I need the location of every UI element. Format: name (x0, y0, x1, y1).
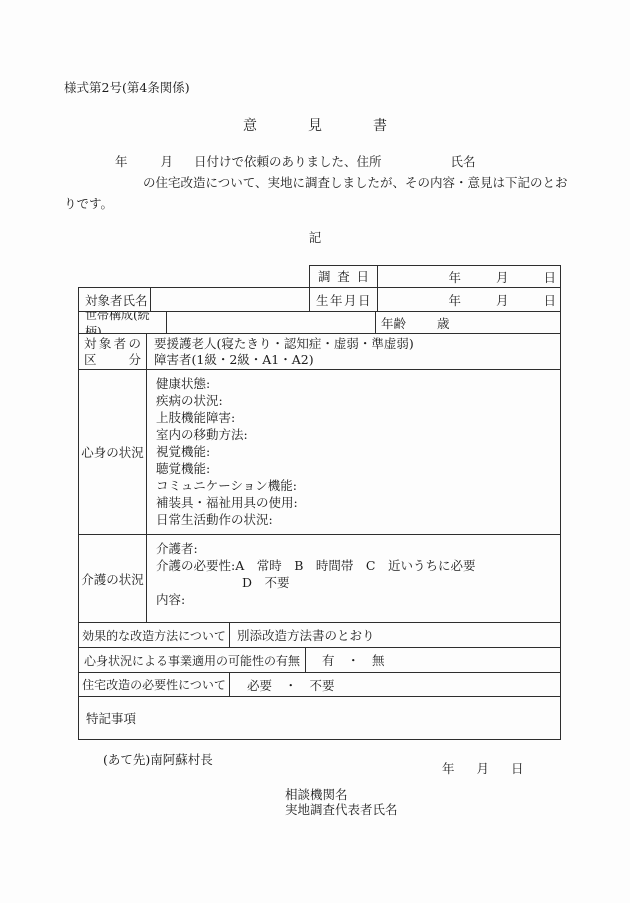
row-condition: 心身の状況 健康状態: 疾病の状況: 上肢機能障害: 室内の移動方法: 視覚機能… (78, 370, 561, 535)
category-value-line1: 要援護老人(寝たきり・認知症・虚弱・準虚弱) (154, 336, 560, 352)
row-household: 世帯構成(続柄) 年齢 歳 (78, 312, 561, 334)
document-page: 様式第2号(第4条関係) 意 見 書 年 月 日付けで依頼のありました、住所 氏… (0, 0, 630, 903)
care-caregiver: 介護者: (156, 540, 560, 557)
birth-date-field: 年 月 日 (377, 288, 561, 312)
intro-line-2: の住宅改造について、実地に調査しましたが、その内容・意見は下記のとお (64, 172, 584, 193)
row-survey-date: 調 査 日 年 月 日 (78, 265, 561, 288)
year-unit: 年 (448, 268, 461, 286)
title-char-3: 書 (373, 115, 387, 135)
condition-content: 健康状態: 疾病の状況: 上肢機能障害: 室内の移動方法: 視覚機能: 聴覚機能… (146, 370, 561, 535)
opinion-table: 調 査 日 年 月 日 対象者氏名 生年月日 年 月 日 世帯構成(続柄) 年齢 (78, 265, 561, 740)
intro-month-label: 月 (161, 151, 174, 172)
care-content: 介護者: 介護の必要性:A 常時 B 時間帯 C 近いうちに必要 D 不要 内容… (146, 535, 561, 623)
condition-item: 聴覚機能: (156, 460, 560, 477)
day-unit: 日 (543, 268, 556, 286)
month-unit: 月 (477, 759, 490, 777)
applicability-value: 有 ・ 無 (305, 648, 561, 673)
category-label-line2: 区 分 (84, 352, 141, 368)
condition-item: 上肢機能障害: (156, 409, 560, 426)
survey-date-label: 調 査 日 (309, 265, 377, 288)
survey-date-field: 年 月 日 (377, 265, 561, 288)
method-value: 別添改造方法書のとおり (229, 623, 561, 648)
remarks-label: 特記事項 (78, 697, 561, 740)
addressee: (あて先)南阿蘇村長 (103, 750, 213, 768)
intro-year-label: 年 (115, 151, 128, 172)
care-necessity-option-d: D 不要 (156, 574, 560, 591)
title-char-2: 見 (308, 115, 322, 135)
care-label: 介護の状況 (78, 535, 146, 623)
row-applicability: 心身状況による事業適用の可能性の有無 有 ・ 無 (78, 648, 561, 673)
intro-line-1: 年 月 日付けで依頼のありました、住所 氏名 (64, 151, 584, 172)
day-unit: 日 (511, 759, 524, 777)
condition-item: 補装具・福祉用具の使用: (156, 494, 560, 511)
day-unit: 日 (543, 291, 556, 309)
age-unit: 歳 (437, 314, 450, 332)
necessity-label: 住宅改造の必要性について (78, 673, 229, 697)
form-number: 様式第2号(第4条関係) (64, 78, 190, 96)
row-care: 介護の状況 介護者: 介護の必要性:A 常時 B 時間帯 C 近いうちに必要 D… (78, 535, 561, 623)
applicability-label: 心身状況による事業適用の可能性の有無 (78, 648, 305, 673)
row-subject-name: 対象者氏名 生年月日 年 月 日 (78, 288, 561, 312)
category-value-line2: 障害者(1級・2級・A1・A2) (154, 352, 560, 368)
document-title: 意 見 書 (0, 115, 630, 135)
row-remarks: 特記事項 (78, 697, 561, 740)
footer-date: 年 月 日 (442, 759, 524, 777)
year-unit: 年 (442, 759, 455, 777)
category-label-line1: 対象者の (84, 336, 141, 352)
condition-item: 疾病の状況: (156, 392, 560, 409)
condition-item: 日常生活動作の状況: (156, 511, 560, 528)
month-unit: 月 (496, 268, 509, 286)
intro-line-3: りです。 (64, 193, 584, 214)
category-value: 要援護老人(寝たきり・認知症・虚弱・準虚弱) 障害者(1級・2級・A1・A2) (146, 334, 561, 370)
household-label: 世帯構成(続柄) (78, 312, 166, 334)
survey-date-spacer (78, 265, 309, 288)
necessity-value: 必要 ・ 不要 (229, 673, 561, 697)
intro-paragraph: 年 月 日付けで依頼のありました、住所 氏名 の住宅改造について、実地に調査しま… (64, 151, 584, 214)
care-content-label: 内容: (156, 591, 560, 608)
subject-name-label: 対象者氏名 (78, 288, 150, 312)
subject-name-field (150, 288, 309, 312)
birth-date-label: 生年月日 (309, 288, 377, 312)
method-label: 効果的な改造方法について (78, 623, 229, 648)
category-label: 対象者の 区 分 (78, 334, 146, 370)
row-category: 対象者の 区 分 要援護老人(寝たきり・認知症・虚弱・準虚弱) 障害者(1級・2… (78, 334, 561, 370)
age-label: 年齢 (381, 314, 406, 332)
condition-label: 心身の状況 (78, 370, 146, 535)
month-unit: 月 (496, 291, 509, 309)
household-field (166, 312, 375, 334)
ki-marker: 記 (0, 228, 630, 246)
condition-item: コミュニケーション機能: (156, 477, 560, 494)
condition-item: 室内の移動方法: (156, 426, 560, 443)
row-necessity: 住宅改造の必要性について 必要 ・ 不要 (78, 673, 561, 697)
title-char-1: 意 (243, 115, 257, 135)
row-method: 効果的な改造方法について 別添改造方法書のとおり (78, 623, 561, 648)
care-necessity-options: 介護の必要性:A 常時 B 時間帯 C 近いうちに必要 (156, 557, 560, 574)
surveyor-name-label: 実地調査代表者氏名 (285, 800, 398, 818)
condition-item: 健康状態: (156, 375, 560, 392)
intro-name-label: 氏名 (451, 151, 476, 172)
year-unit: 年 (448, 291, 461, 309)
age-field: 年齢 歳 (375, 312, 561, 334)
intro-body: 日付けで依頼のありました、住所 (194, 151, 382, 172)
condition-item: 視覚機能: (156, 443, 560, 460)
